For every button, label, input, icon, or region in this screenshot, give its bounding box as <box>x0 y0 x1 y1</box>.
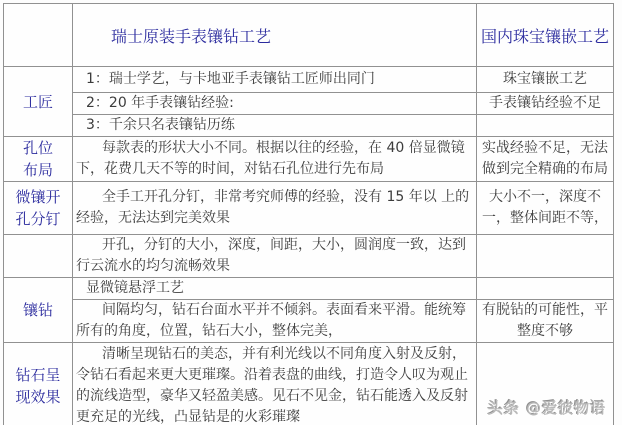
label-presentation-effect: 钻石呈 现效果 <box>4 343 73 425</box>
label-craftsman: 工匠 <box>4 67 73 137</box>
domestic-hole-layout: 实战经验不足，无法做到完全精确的布局 <box>477 137 614 182</box>
row-craftsman-2: 2：20 年手表镶钻经验: 手表镶钻经验不足 <box>4 93 614 115</box>
domestic-craftsman-1: 珠宝镶嵌工艺 <box>477 67 614 93</box>
header-swiss-process: 瑞士原装手表镶钻工艺 <box>73 4 477 67</box>
swiss-craftsman-3: 3：千余只名表镶钻历练 <box>73 115 477 137</box>
domestic-craftsman-3 <box>477 115 614 137</box>
label-micro-setting: 微镶开 孔分钉 <box>4 182 73 235</box>
domestic-presentation-effect: 头条 @爱彼物语 <box>477 343 614 425</box>
header-domestic-process: 国内珠宝镶嵌工艺 <box>477 4 614 67</box>
row-presentation-effect: 钻石呈 现效果 清晰呈现钻石的美态，并有利光线以不同角度入射及反射，令钻石看起来… <box>4 343 614 425</box>
domestic-diamond-setting-1 <box>477 278 614 300</box>
domestic-micro-setting: 大小不一，深度不一，整体间距不等， <box>477 182 614 235</box>
row-diamond-setting-2: 间隔均匀，钻石台面水平并不倾斜。表面看来平滑。能统筹所有的角度，位置，钻石大小，… <box>4 300 614 343</box>
row-drilling-detail: 开孔，分钉的大小，深度，间距，大小，圆润度一致，达到行云流水的均匀流畅效果 <box>4 235 614 278</box>
label-empty <box>4 235 73 278</box>
comparison-table: 瑞士原装手表镶钻工艺 国内珠宝镶嵌工艺 工匠 1：瑞士学艺，与卡地亚手表镶钻工匠… <box>3 3 614 425</box>
swiss-craftsman-1: 1：瑞士学艺，与卡地亚手表镶钻工匠师出同门 <box>73 67 477 93</box>
swiss-craftsman-2: 2：20 年手表镶钻经验: <box>73 93 477 115</box>
domestic-craftsman-2: 手表镶钻经验不足 <box>477 93 614 115</box>
header-row: 瑞士原装手表镶钻工艺 国内珠宝镶嵌工艺 <box>4 4 614 67</box>
row-craftsman-1: 工匠 1：瑞士学艺，与卡地亚手表镶钻工匠师出同门 珠宝镶嵌工艺 <box>4 67 614 93</box>
swiss-micro-setting: 全手工开孔分钉，非常考究师傅的经验，没有 15 年以 上的经验，无法达到完美效果 <box>73 182 477 235</box>
swiss-presentation-effect: 清晰呈现钻石的美态，并有利光线以不同角度入射及反射，令钻石看起来更大更璀璨。沿着… <box>73 343 477 425</box>
domestic-diamond-setting-2: 有脱钻的可能性，平整度不够 <box>477 300 614 343</box>
row-hole-layout: 孔位 布局 每款表的形状大小不同。根据以往的经验，在 40 倍显微镜下，花费几天… <box>4 137 614 182</box>
row-diamond-setting-1: 镶钻 显微镜悬浮工艺 <box>4 278 614 300</box>
swiss-diamond-setting-1: 显微镜悬浮工艺 <box>73 278 477 300</box>
swiss-hole-layout: 每款表的形状大小不同。根据以往的经验，在 40 倍显微镜下，花费几天不等的时间，… <box>73 137 477 182</box>
label-diamond-setting: 镶钻 <box>4 278 73 343</box>
label-hole-layout: 孔位 布局 <box>4 137 73 182</box>
row-micro-setting: 微镶开 孔分钉 全手工开孔分钉，非常考究师傅的经验，没有 15 年以 上的经验，… <box>4 182 614 235</box>
page: 瑞士原装手表镶钻工艺 国内珠宝镶嵌工艺 工匠 1：瑞士学艺，与卡地亚手表镶钻工匠… <box>0 0 622 425</box>
row-craftsman-3: 3：千余只名表镶钻历练 <box>4 115 614 137</box>
swiss-diamond-setting-2: 间隔均匀，钻石台面水平并不倾斜。表面看来平滑。能统筹所有的角度，位置，钻石大小，… <box>73 300 477 343</box>
toutiao-watermark: 头条 @爱彼物语 <box>479 398 611 425</box>
domestic-drilling-detail <box>477 235 614 278</box>
swiss-drilling-detail: 开孔，分钉的大小，深度，间距，大小，圆润度一致，达到行云流水的均匀流畅效果 <box>73 235 477 278</box>
header-blank-cell <box>4 4 73 67</box>
